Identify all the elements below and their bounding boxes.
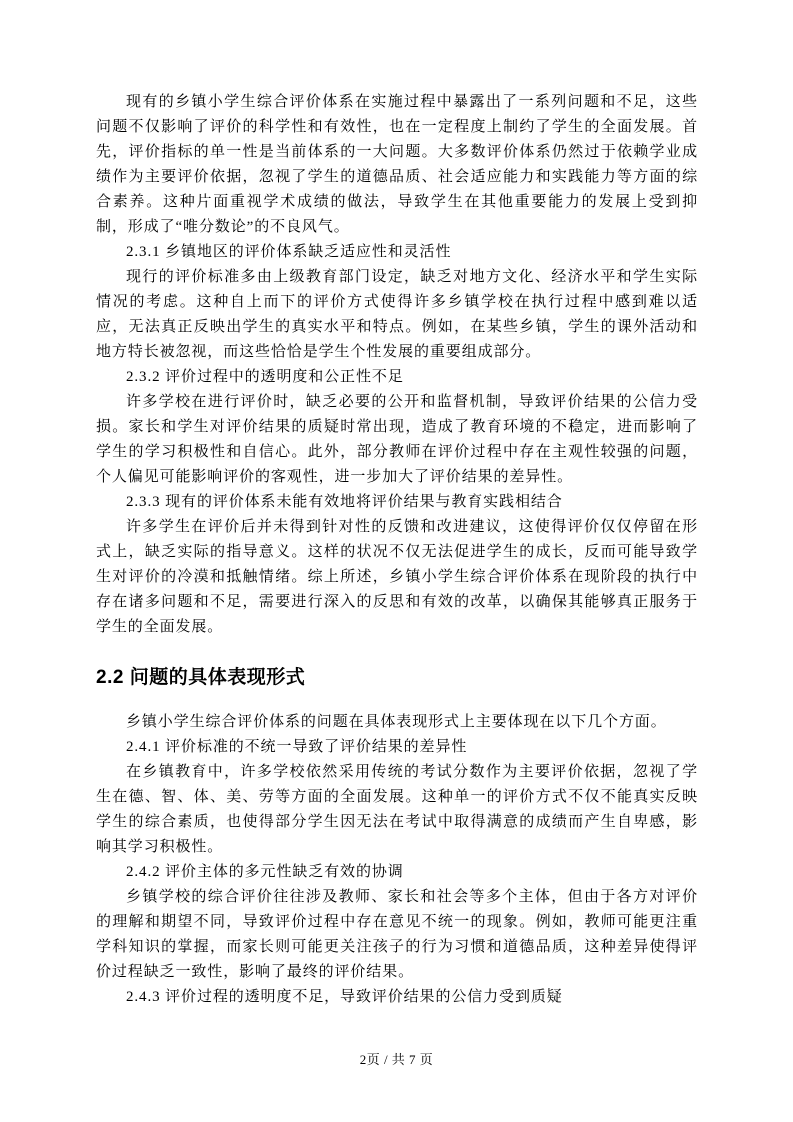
subheading-2-3-1: 2.3.1 乡镇地区的评价体系缺乏适应性和灵活性 [96, 240, 698, 265]
paragraph-feedback-practice: 许多学生在评价后并未得到针对性的反馈和改进建议，这使得评价仅仅停留在形式上，缺乏… [96, 515, 698, 640]
document-page: 现有的乡镇小学生综合评价体系在实施过程中暴露出了一系列问题和不足，这些问题不仅影… [0, 0, 793, 1122]
subheading-2-3-2: 2.3.2 评价过程中的透明度和公正性不足 [96, 365, 698, 390]
page-indicator: 2页 / 共 7 页 [360, 1052, 434, 1067]
paragraph-current-system-problems: 现有的乡镇小学生综合评价体系在实施过程中暴露出了一系列问题和不足，这些问题不仅影… [96, 90, 698, 240]
paragraph-multiple-stakeholders: 乡镇学校的综合评价往往涉及教师、家长和社会等多个主体，但由于各方对评价的理解和期… [96, 885, 698, 985]
subheading-2-3-3: 2.3.3 现有的评价体系未能有效地将评价结果与教育实践相结合 [96, 490, 698, 515]
paragraph-exam-scores: 在乡镇教育中，许多学校依然采用传统的考试分数作为主要评价依据，忽视了学生在德、智… [96, 760, 698, 860]
paragraph-adaptability: 现行的评价标准多由上级教育部门设定，缺乏对地方文化、经济水平和学生实际情况的考虑… [96, 265, 698, 365]
paragraph-section-intro: 乡镇小学生综合评价体系的问题在具体表现形式上主要体现在以下几个方面。 [96, 710, 698, 735]
paragraph-transparency-fairness: 许多学校在进行评价时，缺乏必要的公开和监督机制，导致评价结果的公信力受损。家长和… [96, 390, 698, 490]
subheading-2-4-2: 2.4.2 评价主体的多元性缺乏有效的协调 [96, 860, 698, 885]
page-content: 现有的乡镇小学生综合评价体系在实施过程中暴露出了一系列问题和不足，这些问题不仅影… [96, 90, 698, 1010]
page-footer: 2页 / 共 7 页 [0, 1050, 793, 1070]
subheading-2-4-3: 2.4.3 评价过程的透明度不足，导致评价结果的公信力受到质疑 [96, 985, 698, 1010]
section-heading-2-2: 2.2 问题的具体表现形式 [96, 665, 698, 691]
subheading-2-4-1: 2.4.1 评价标准的不统一导致了评价结果的差异性 [96, 735, 698, 760]
